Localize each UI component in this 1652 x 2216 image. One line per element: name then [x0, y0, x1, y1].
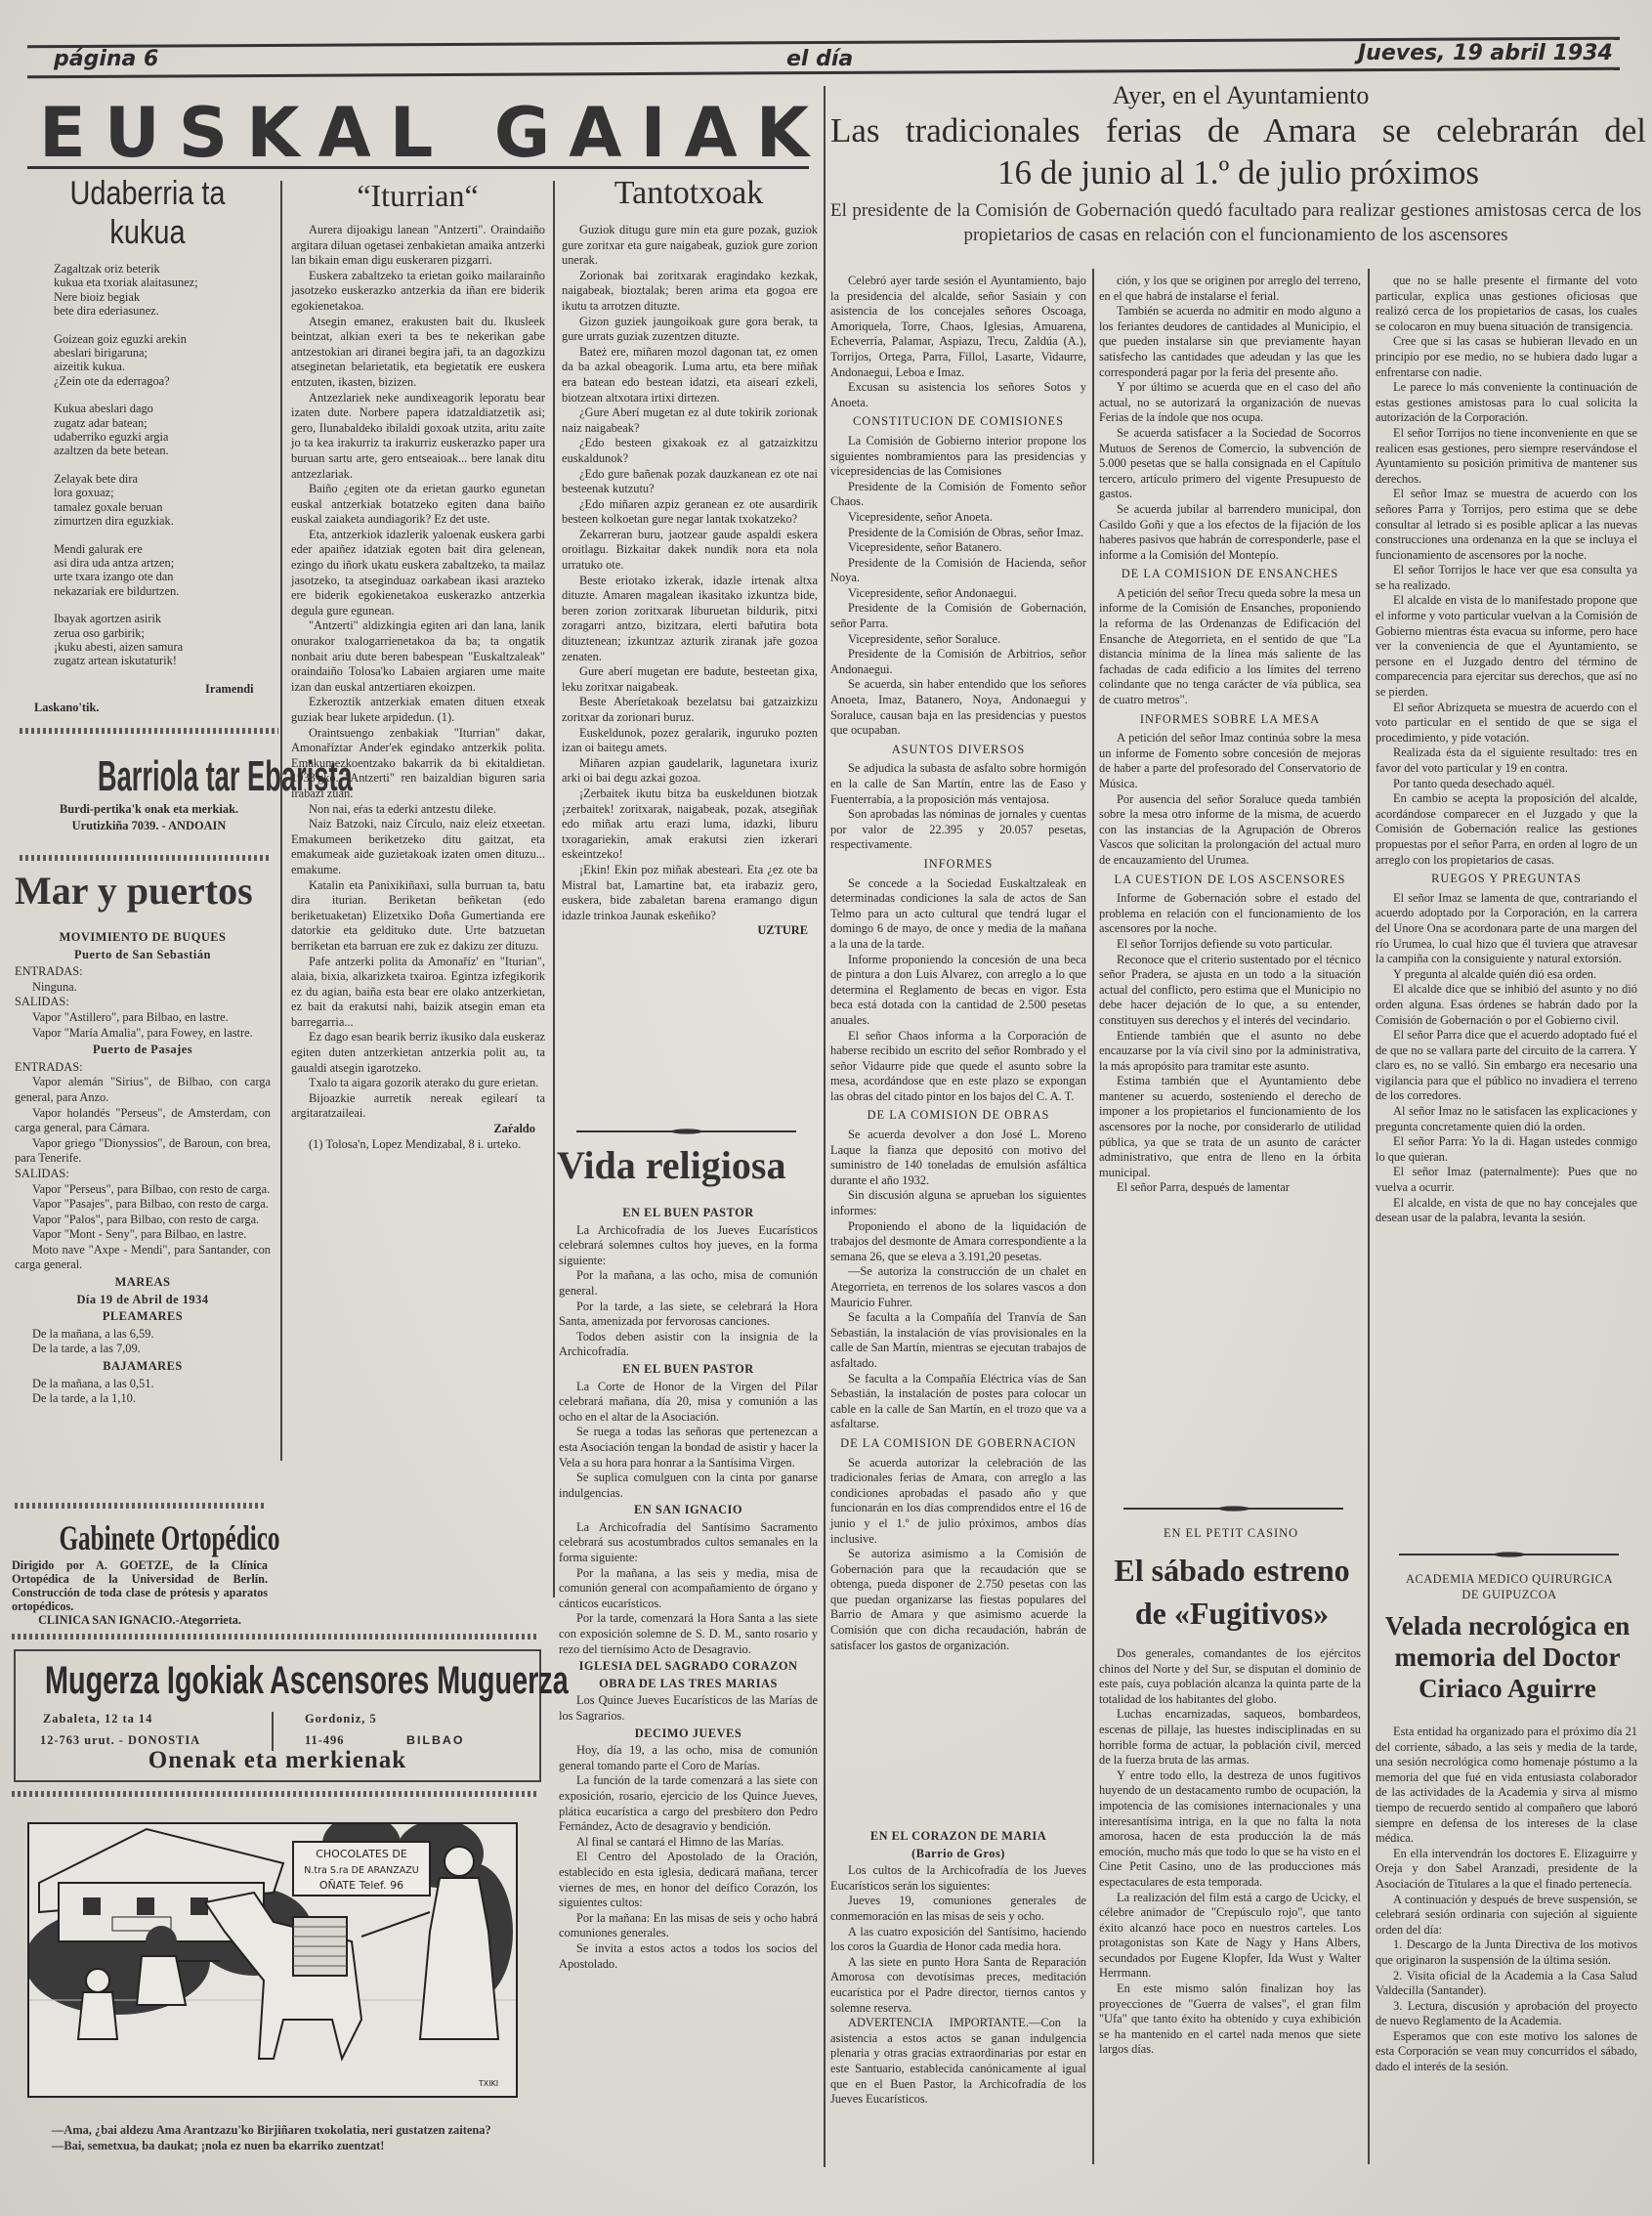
title-letter: A	[685, 93, 740, 173]
ad-mugerza-slogan: Onenak eta merkienak	[16, 1747, 539, 1774]
title-letter: A	[569, 93, 623, 173]
paper-name: el día	[786, 47, 853, 71]
paragraph: Aurera dijoakigu lanean "Antzerti". Orai…	[291, 223, 545, 269]
column-divider	[1092, 269, 1094, 2164]
poem-stanza: Zelayak bete diralora goxuaz;tamalez gox…	[54, 472, 198, 529]
iturrian-body: Aurera dijoakigu lanean "Antzerti". Orai…	[291, 223, 545, 1152]
paragraph: Zekarreran buru, jaotzear gaude aspaldi …	[562, 528, 818, 574]
ayuntamiento-col-1: Celebró ayer tarde sesión el Ayuntamient…	[830, 274, 1086, 1653]
paragraph: El señor Torrijos no tiene inconveniente…	[1376, 426, 1637, 487]
section-heading: MOVIMIENTO DE BUQUES	[15, 930, 271, 946]
paragraph: Presidente de la Comisión de Obras, seño…	[830, 526, 1086, 541]
paragraph: El señor Abrizqueta se muestra de acuerd…	[1376, 701, 1637, 746]
paragraph: El alcalde dice que se inhibió del asunt…	[1376, 982, 1637, 1028]
page-number: página 6	[54, 47, 158, 71]
paragraph: Miñaren azpian gaudelarik, lagunetara ix…	[562, 756, 818, 787]
paragraph: La Comisión de Gobierno interior propone…	[830, 434, 1086, 480]
poem-line: ¡kuku abesti, aizen samura	[54, 640, 198, 654]
svg-text:OÑATE Telef. 96: OÑATE Telef. 96	[319, 1879, 403, 1892]
poem-title: Udaberria ta kukua	[20, 174, 275, 253]
paragraph: En cambio se acepta la proposición del a…	[1376, 791, 1637, 868]
academia-kicker-line1: ACADEMIA MEDICO QUIRURGICA	[1373, 1571, 1646, 1587]
paragraph: Vicepresidente, señor Soraluce.	[830, 632, 1086, 648]
ayuntamiento-col-2: ción, y los que se originen por arreglo …	[1099, 274, 1361, 1196]
tide-row: De la tarde, a las 7,09.	[15, 1342, 271, 1357]
column-divider	[553, 181, 555, 1598]
paragraph: Bijoazkie aurretik nereak egilearí ta ar…	[291, 1091, 545, 1122]
ad-barriola-line1: Burdi-pertika'k onak eta merkiak.	[20, 801, 278, 818]
paragraph: Al señor Imaz no le satisfacen las expli…	[1376, 1104, 1637, 1134]
paragraph: En ella intervendrán los doctores E. Eli…	[1376, 1847, 1637, 1893]
ayuntamiento-col-3: que no se halle presente el firmante del…	[1376, 274, 1637, 1226]
academia-headline: Velada necrológica en memoria del Doctor…	[1376, 1610, 1639, 1704]
ship-entry: Vapor "Palos", para Bilbao, con resto de…	[15, 1213, 271, 1228]
mareas-heading: MAREAS	[15, 1275, 271, 1291]
divider	[576, 1130, 796, 1132]
paragraph: También se acuerda no admitir en modo al…	[1099, 304, 1361, 380]
tide-row: De la mañana, a las 0,51.	[15, 1377, 271, 1392]
paragraph: Antzezlariek neke aundixeagorik leporatu…	[291, 391, 545, 483]
section-heading: EN SAN IGNACIO	[559, 1503, 818, 1518]
petit-casino-kicker: EN EL PETIT CASINO	[1099, 1526, 1363, 1541]
ad-gabinete-body: Dirigido por A. GOETZE, de la Clínica Or…	[12, 1558, 268, 1613]
mar-y-puertos-body: MOVIMIENTO DE BUQUESPuerto de San Sebast…	[15, 928, 271, 1407]
paragraph: A continuación y después de breve suspen…	[1376, 1893, 1637, 1939]
ship-entry: Vapor alemán "Sirius", de Bilbao, con ca…	[15, 1075, 271, 1105]
poem-line: zerua oso garbirik;	[54, 626, 198, 640]
poem-line: Zelayak bete dira	[54, 472, 198, 486]
ad-gabinete: Gabinete Ortopédico Dirigido por A. GOET…	[12, 1517, 268, 1627]
paragraph: Eta, antzerkiok idazlerik yaloenak euske…	[291, 528, 545, 619]
caption-line-2: —Bai, semetxua, ba daukat; ¡nola ez nuen…	[27, 2138, 521, 2153]
paragraph: 1. Descargo de la Junta Directiva de los…	[1376, 1938, 1637, 1968]
petit-casino-headline: El sábado estreno de «Fugitivos»	[1099, 1549, 1365, 1635]
paragraph: La Archicofradía del Santísimo Sacrament…	[559, 1520, 818, 1566]
section-heading: EN EL BUEN PASTOR	[559, 1362, 818, 1378]
port-name: Puerto de San Sebastián	[15, 948, 271, 963]
title-letter: K	[246, 93, 301, 173]
paragraph: —Se autoriza la construcción de un chale…	[830, 1264, 1086, 1310]
label: SALIDAS:	[15, 1167, 271, 1182]
poem-author: Iramendi	[205, 682, 254, 697]
paragraph: Presidente de la Comisión de Arbitrios, …	[830, 647, 1086, 677]
divider	[12, 1634, 539, 1640]
poem-line: Zagaltzak oriz beterik	[54, 262, 198, 276]
poem-stanza: Goizean goiz eguzki arekinabeslari birig…	[54, 332, 198, 389]
svg-text:TXIKI: TXIKI	[478, 2079, 498, 2088]
paragraph: Son aprobadas las nóminas de jornales y …	[830, 807, 1086, 853]
poem-line: kukua eta txoriak alaitasunez;	[54, 276, 198, 289]
paragraph: Todos deben asistir con la insignia de l…	[559, 1330, 818, 1360]
ayuntamiento-deck: El presidente de la Comisión de Gobernac…	[830, 198, 1641, 247]
paragraph: Por la mañana, a las ocho, misa de comun…	[559, 1268, 818, 1299]
paragraph: Celebró ayer tarde sesión el Ayuntamient…	[830, 274, 1086, 380]
paragraph: Jueves 19, comuniones generales de conme…	[830, 1894, 1086, 1924]
paragraph: Por la tarde, comenzará la Hora Santa a …	[559, 1611, 818, 1657]
poem-place: Laskano'tik.	[34, 701, 99, 715]
section-heading: DE LA COMISION DE ENSANCHES	[1099, 567, 1361, 582]
ad-gabinete-title: Gabinete Ortopédico	[59, 1517, 279, 1558]
paragraph: Cree que si las casas se hubieran llevad…	[1376, 334, 1637, 380]
label: ENTRADAS:	[15, 964, 271, 980]
paragraph: Se faculta a la Compañía del Tranvía de …	[830, 1310, 1086, 1371]
paragraph: El señor Chaos informa a la Corporación …	[830, 1029, 1086, 1105]
poem-line: udaberriko eguzki argia	[54, 430, 198, 444]
paragraph: A las cuatro exposición del Santísimo, h…	[830, 1925, 1086, 1955]
section-heading: EN EL CORAZON DE MARIA	[830, 1829, 1086, 1845]
svg-text:N.tra S.ra DE ARANZAZU: N.tra S.ra DE ARANZAZU	[304, 1865, 419, 1876]
poem-stanza: Kukua abeslari dagozugatz adar batean;ud…	[54, 402, 198, 458]
paragraph: Por la tarde, a las siete, se celebrará …	[559, 1300, 818, 1330]
paragraph: Informe proponiendo la concesión de una …	[830, 953, 1086, 1029]
ayuntamiento-kicker: Ayer, en el Ayuntamiento	[830, 80, 1651, 111]
label: SALIDAS:	[15, 995, 271, 1010]
poem-line: lora goxuaz;	[54, 486, 198, 499]
paragraph: Atsegin emanez, erakusten bait du. Ikusl…	[291, 315, 545, 391]
port-name: Puerto de Pasajes	[15, 1043, 271, 1058]
tantotxoak-body: Guziok ditugu gure min eta gure pozak, g…	[562, 223, 818, 939]
poem-stanza: Zagaltzak oriz beterikkukua eta txoriak …	[54, 262, 198, 319]
ad-barriola-line2: Urutizkiña 7039. - ANDOAIN	[20, 818, 278, 834]
paragraph: Luchas encarnizadas, saqueos, bombardeos…	[1099, 1707, 1361, 1768]
paragraph: Sin discusión alguna se aprueban los sig…	[830, 1188, 1086, 1218]
paragraph: Ez dago esan bearik berriz ikusiko dala …	[291, 1030, 545, 1076]
paragraph: Euskeldunok, pozez geralarik, inguruko p…	[562, 726, 818, 756]
section-heading: LA CUESTION DE LOS ASCENSORES	[1099, 873, 1361, 888]
poem-line: zugatz artean iskutaturik!	[54, 654, 198, 667]
title-letter: U	[105, 93, 162, 173]
paragraph: El señor Imaz se muestra de acuerdo con …	[1376, 487, 1637, 563]
paragraph: ¡Zerbaitek ikutu bitza ba euskeldunen bi…	[562, 787, 818, 863]
paragraph: Esperamos que con este motivo los salone…	[1376, 2029, 1637, 2075]
paragraph: Realizada ésta da el siguiente resultado…	[1376, 746, 1637, 776]
mareas-date: Día 19 de Abril de 1934	[15, 1293, 271, 1308]
paragraph: Gizon guziek jaungoikoak gure gora berak…	[562, 315, 818, 345]
ship-entry: Vapor "María Amalia", para Fowey, en las…	[15, 1026, 271, 1042]
paragraph: Zorionak bai zoritxarak eragindako kezka…	[562, 269, 818, 315]
poem-line: Goizean goiz eguzki arekin	[54, 332, 198, 346]
ayuntamiento-headline: Las tradicionales ferias de Amara se cel…	[830, 109, 1646, 193]
academia-body: Esta entidad ha organizado para el próxi…	[1376, 1725, 1637, 2075]
ship-entry: Vapor griego "Dionyssios", de Baroun, co…	[15, 1136, 271, 1167]
poem-line: ¿Zein ote da ederragoa?	[54, 374, 198, 388]
paragraph: Vicepresidente, señor Andonaegui.	[830, 586, 1086, 602]
bajamares-heading: BAJAMARES	[15, 1359, 271, 1375]
paragraph: El señor Imaz (paternalmente): Pues que …	[1376, 1165, 1637, 1195]
paragraph: Presidente de la Comisión de Gobernación…	[830, 601, 1086, 631]
paragraph: Vicepresidente, señor Batanero.	[830, 540, 1086, 556]
footnote: (1) Tolosa'n, Lopez Mendizabal, 8 i. urt…	[291, 1137, 545, 1153]
paragraph: A las siete en punto Hora Santa de Repar…	[830, 1955, 1086, 2016]
paragraph: Gure aberí mugetan ere badute, besteetan…	[562, 664, 818, 695]
mar-y-puertos-title: Mar y puertos	[15, 870, 280, 913]
label: ENTRADAS:	[15, 1060, 271, 1076]
paragraph: La realización del film está a cargo de …	[1099, 1891, 1361, 1982]
paragraph: El señor Torrijos le hace ver que esa co…	[1376, 563, 1637, 593]
paragraph: Naiz Batzoki, naiz Círculo, naiz eleiz e…	[291, 817, 545, 877]
paragraph: Al final se cantará el Himno de las Marí…	[559, 1835, 818, 1851]
paragraph: Pafe antzerki polita da Amonaříz' en "It…	[291, 955, 545, 1031]
tantotxoak-title: Tantotxoak	[557, 174, 821, 213]
paragraph: La Corte de Honor de la Virgen del Pilar…	[559, 1380, 818, 1426]
title-letter: A	[318, 93, 372, 173]
paragraph: El alcalde, en vista de que no hay conce…	[1376, 1196, 1637, 1226]
paragraph: Reconoce que el criterio sustentado por …	[1099, 953, 1361, 1029]
paragraph: ADVERTENCIA IMPORTANTE.—Con la asistenci…	[830, 2016, 1086, 2108]
headline-line-1: Las tradicionales ferias de Amara se cel…	[830, 109, 1646, 151]
paragraph: ¿Edo besteen gixakoak ez al gatzaizkitzu…	[562, 436, 818, 466]
divider	[15, 1503, 264, 1509]
poem-line: nekazariak ere bildurtzen.	[54, 584, 198, 598]
tide-row: De la mañana, a las 6,59.	[15, 1327, 271, 1342]
section-subheading: (Barrio de Gros)	[830, 1847, 1086, 1862]
academia-kicker-line2: DE GUIPUZCOA	[1373, 1587, 1646, 1602]
paragraph: ción, y los que se originen por arreglo …	[1099, 274, 1361, 304]
paragraph: Esta entidad ha organizado para el próxi…	[1376, 1725, 1637, 1847]
ad-mugerza-title-right: Ascensores Muguerza	[270, 1659, 569, 1703]
title-letter	[451, 93, 477, 173]
iturrian-title: “Iturrian“	[283, 176, 552, 215]
paragraph: La función de la tarde comenzará a las s…	[559, 1773, 818, 1834]
poem-line: asi dira uda antza artzen;	[54, 556, 198, 570]
paragraph: Beste Aberíetakoak bezelatsu bai gatzaiz…	[562, 695, 818, 725]
section-heading: DE LA COMISION DE OBRAS	[830, 1108, 1086, 1124]
poem-line: Nere bioiz begiak	[54, 290, 198, 304]
divider	[20, 728, 278, 734]
paragraph: Se acuerda, sin haber entendido que los …	[830, 677, 1086, 738]
paragraph: Por tanto queda desechado aquél.	[1376, 777, 1637, 792]
ad-mugerza: Mugerza Igokiak Ascensores Muguerza Zaba…	[14, 1649, 541, 1782]
paragraph: Entiende también que el asunto no debe e…	[1099, 1029, 1361, 1075]
paragraph: Oraintsuengo zenbakiak "Iturrian" dakar,…	[291, 726, 545, 802]
ad-mugerza-title-left: Mugerza Igokiak	[45, 1659, 264, 1703]
issue-date: Jueves, 19 abril 1934	[1358, 41, 1613, 65]
section-heading: INFORMES	[830, 857, 1086, 873]
poem-line: urte txara izango ote dan	[54, 570, 198, 583]
section-heading: EN EL BUEN PASTOR	[559, 1206, 818, 1221]
poem-stanza: Mendi galurak ereasi dira uda antza artz…	[54, 542, 198, 599]
paragraph: Se invita a estos actos a todos los soci…	[559, 1941, 818, 1972]
paragraph: Estima también que el Ayuntamiento debe …	[1099, 1074, 1361, 1180]
paragraph: Excusan su asistencia los señores Sotos …	[830, 380, 1086, 410]
title-letter: K	[756, 93, 811, 173]
ad-mugerza-right-phone: 11-496	[305, 1733, 344, 1748]
paragraph: El señor Imaz se lamenta de que, contrar…	[1376, 891, 1637, 967]
paragraph: Por la mañana: En las misas de seis y oc…	[559, 1911, 818, 1941]
ad-chocolates-caption: —Ama, ¿bai aldezu Ama Arantzazu'ko Birji…	[27, 2122, 521, 2153]
section-heading: CONSTITUCION DE COMISIONES	[830, 414, 1086, 430]
poem-body: Zagaltzak oriz beterikkukua eta txoriak …	[54, 262, 198, 682]
divider	[12, 1791, 539, 1797]
ship-entry: Vapor "Astillero", para Bilbao, en lastr…	[15, 1010, 271, 1026]
paragraph: La Archicofradía de los Jueves Eucarísti…	[559, 1223, 818, 1269]
paragraph: 2. Visita oficial de la Academia a la Ca…	[1376, 1969, 1637, 1999]
poem-line: Ibayak agortzen asirik	[54, 612, 198, 625]
ship-entry: Vapor "Pasajes", para Bilbao, con resto …	[15, 1197, 271, 1213]
section-heading: DECIMO JUEVES	[559, 1726, 818, 1742]
ad-mugerza-right-addr: Gordoniz, 5	[305, 1712, 377, 1726]
ad-gabinete-footer: CLINICA SAN IGNACIO.-Ategorrieta.	[12, 1613, 268, 1627]
paragraph: Y entre todo ello, la destreza de unos f…	[1099, 1769, 1361, 1891]
author: UZTURE	[562, 923, 808, 939]
paragraph: que no se halle presente el firmante del…	[1376, 274, 1637, 334]
paragraph: El Centro del Apostolado de la Oración, …	[559, 1850, 818, 1910]
paragraph: Katalin eta Panixikiñaxi, sulla burruan …	[291, 878, 545, 955]
title-letter: I	[640, 93, 667, 173]
paragraph: Y pregunta al alcalde quién dió esa orde…	[1376, 967, 1637, 983]
title-letter: G	[494, 93, 552, 173]
poem-line: Mendi galurak ere	[54, 542, 198, 556]
poem-line: zimurtzen dira eguzkiak.	[54, 514, 198, 528]
paragraph: Bateż ere, miñaren mozol dagonan tat, ez…	[562, 345, 818, 405]
paragraph: "Antzerti" aldizkingia egiten ari dan la…	[291, 618, 545, 695]
poem-line: abeslari birigaruna;	[54, 346, 198, 360]
column-divider	[1368, 269, 1370, 2164]
paragraph: Proponiendo el abono de la liquidación d…	[830, 1219, 1086, 1265]
vida-religiosa-body: EN EL BUEN PASTORLa Archicofradía de los…	[559, 1204, 818, 1972]
poem-line: bete dira ederiasunez.	[54, 304, 198, 318]
title-letter: S	[179, 93, 230, 173]
paragraph: Euskera zabaltzeko ta erietan goiko mail…	[291, 269, 545, 315]
poem-line: Kukua abeslari dago	[54, 402, 198, 415]
section-heading: INFORMES SOBRE LA MESA	[1099, 712, 1361, 728]
paragraph: ¿Edo miñaren azpiz geranean ez ote ausar…	[562, 497, 818, 528]
paragraph: Y por último se acuerda que en el caso d…	[1099, 380, 1361, 426]
pleamares-heading: PLEAMARES	[15, 1309, 271, 1325]
paragraph: Non nai, eŕas ta ederki antzestu dileke.	[291, 802, 545, 818]
paragraph: 3. Lectura, discusión y aprobación del p…	[1376, 1999, 1637, 2029]
svg-text:CHOCOLATES DE: CHOCOLATES DE	[316, 1848, 407, 1860]
ship-entry: Vapor "Perseus", para Bilbao, con resto …	[15, 1182, 271, 1198]
ad-mugerza-right: Ascensores Muguerza	[270, 1659, 685, 1703]
paragraph: Txalo ta aigara gozorik aterako du gure …	[291, 1076, 545, 1091]
newspaper-page: página 6 el día Jueves, 19 abril 1934 EU…	[0, 0, 1652, 2216]
ship-entry: Vapor "Mont - Seny", para Bilbao, en las…	[15, 1227, 271, 1243]
poem-stanza: Ibayak agortzen asirikzerua oso garbirik…	[54, 612, 198, 668]
section-title-rule	[27, 166, 809, 169]
title-letter: L	[390, 93, 436, 173]
divider	[1123, 1508, 1343, 1510]
paragraph: ¿Gure Aberí mugetan ez al dute tokirik z…	[562, 405, 818, 436]
paragraph: ¡Ekin! Ekin poz miñak abesteari. Eta ¿ez…	[562, 863, 818, 923]
ship-entry: Moto nave "Axpe - Mendi", para Santander…	[15, 1243, 271, 1273]
paragraph: Baiño ¿egiten ote da erietan gaurko egun…	[291, 482, 545, 528]
paragraph: El señor Parra dice que el acuerdo adopt…	[1376, 1028, 1637, 1104]
paragraph: Hoy, día 19, a las ocho, misa de comunió…	[559, 1743, 818, 1773]
paragraph: Le parece lo más conveniente la continua…	[1376, 380, 1637, 426]
section-heading: ASUNTOS DIVERSOS	[830, 743, 1086, 758]
ad-mugerza-right-city: BILBAO	[406, 1733, 465, 1747]
illustration-drawing: CHOCOLATES DE N.tra S.ra DE ARANZAZU OÑA…	[29, 1824, 516, 2096]
poem-line: azaltzen da bete betean.	[54, 444, 198, 457]
ad-barriola: Barriola tar Ebarista Burdi-pertika'k on…	[20, 752, 278, 834]
petit-casino-body: Dos generales, comandantes de los ejérci…	[1099, 1646, 1361, 2058]
column-divider	[824, 86, 826, 2167]
paragraph: Se suplica comulguen con la cinta por ga…	[559, 1470, 818, 1501]
paragraph: Beste eriotako izkerak, idazle irtenak a…	[562, 574, 818, 665]
paragraph: Ezkeroztik antzerkiak ematen dituen etxe…	[291, 695, 545, 725]
poem-line: aizeitik kukua.	[54, 360, 198, 373]
paragraph: Se adjudica la subasta de asfalto sobre …	[830, 761, 1086, 807]
paragraph: A petición del señor Imaz continúa sobre…	[1099, 731, 1361, 791]
paragraph: Informe de Gobernación sobre el estado d…	[1099, 891, 1361, 937]
paragraph: Se acuerda jubilar al barrendero municip…	[1099, 502, 1361, 563]
poem-line: zugatz adar batean;	[54, 416, 198, 430]
paragraph: Se acuerda devolver a don José L. Moreno…	[830, 1128, 1086, 1188]
poem-line: tamalez goxale beruan	[54, 500, 198, 514]
author: Zaŕaldo	[291, 1122, 535, 1137]
paragraph: Se acuerda autorizar la celebración de l…	[830, 1456, 1086, 1548]
divider	[1399, 1554, 1619, 1555]
paragraph: Presidente de la Comisión de Hacienda, s…	[830, 556, 1086, 586]
ship-entry: Vapor holandés "Perseus", de Amsterdam, …	[15, 1106, 271, 1136]
paragraph: Se acuerda satisfacer a la Sociedad de S…	[1099, 426, 1361, 502]
vida-religiosa-title: Vida religiosa	[557, 1143, 821, 1188]
column-divider	[280, 181, 282, 1461]
paragraph: Dos generales, comandantes de los ejérci…	[1099, 1646, 1361, 1707]
paragraph: El señor Parra, después de lamentar	[1099, 1180, 1361, 1196]
paragraph: El señor Parra: Yo la di. Hagan ustedes …	[1376, 1134, 1637, 1165]
section-heading: RUEGOS Y PREGUNTAS	[1376, 872, 1637, 887]
paragraph: Se concede a la Sociedad Euskaltzaleak e…	[830, 876, 1086, 953]
paragraph: Por la mañana, a las seis y media, misa …	[559, 1566, 818, 1612]
ad-mugerza-divider	[272, 1712, 274, 1751]
divider	[20, 855, 269, 861]
ad-mugerza-left-addr: Zabaleta, 12 ta 14	[43, 1712, 152, 1726]
paragraph: El alcalde en vista de lo manifestado pr…	[1376, 593, 1637, 700]
ad-chocolates-illustration: CHOCOLATES DE N.tra S.ra DE ARANZAZU OÑA…	[27, 1822, 518, 2098]
academia-kicker: ACADEMIA MEDICO QUIRURGICA DE GUIPUZCOA	[1373, 1571, 1646, 1602]
corazon-maria-body: EN EL CORAZON DE MARIA(Barrio de Gros)Lo…	[830, 1827, 1086, 2108]
paragraph: El señor Torrijos defiende su voto parti…	[1099, 937, 1361, 953]
tide-row: De la tarde, a la 1,10.	[15, 1391, 271, 1407]
paragraph: A petición del señor Trecu queda sobre l…	[1099, 586, 1361, 708]
paragraph: Se ruega a todas las señoras que pertene…	[559, 1425, 818, 1470]
paragraph: Guziok ditugu gure min eta gure pozak, g…	[562, 223, 818, 269]
caption-line-1: —Ama, ¿bai aldezu Ama Arantzazu'ko Birji…	[27, 2122, 521, 2138]
paragraph: Los cultos de la Archicofradía de los Ju…	[830, 1863, 1086, 1894]
paragraph: Se autoriza asimismo a la Comisión de Go…	[830, 1547, 1086, 1653]
paragraph: En este mismo salón finalizan hoy las pr…	[1099, 1982, 1361, 2058]
ship-entry: Ninguna.	[15, 980, 271, 996]
paragraph: Se faculta a la Compañía Eléctrica vías …	[830, 1372, 1086, 1432]
paragraph: Por ausencia del señor Soraluce queda ta…	[1099, 792, 1361, 869]
section-title-euskal-gaiak: EUSKAL GAIAK	[39, 93, 811, 173]
paragraph: ¿Edo gure bañenak pozak dauzkanean ez ot…	[562, 467, 818, 497]
paragraph: Vicepresidente, señor Anoeta.	[830, 510, 1086, 526]
paragraph: Presidente de la Comisión de Fomento señ…	[830, 480, 1086, 510]
ad-mugerza-left-phone: 12-763 urut. - DONOSTIA	[40, 1733, 200, 1748]
headline-line-2: 16 de junio al 1.º de julio próximos	[830, 151, 1646, 193]
title-letter: E	[39, 93, 88, 173]
section-heading: DE LA COMISION DE GOBERNACION	[830, 1436, 1086, 1452]
